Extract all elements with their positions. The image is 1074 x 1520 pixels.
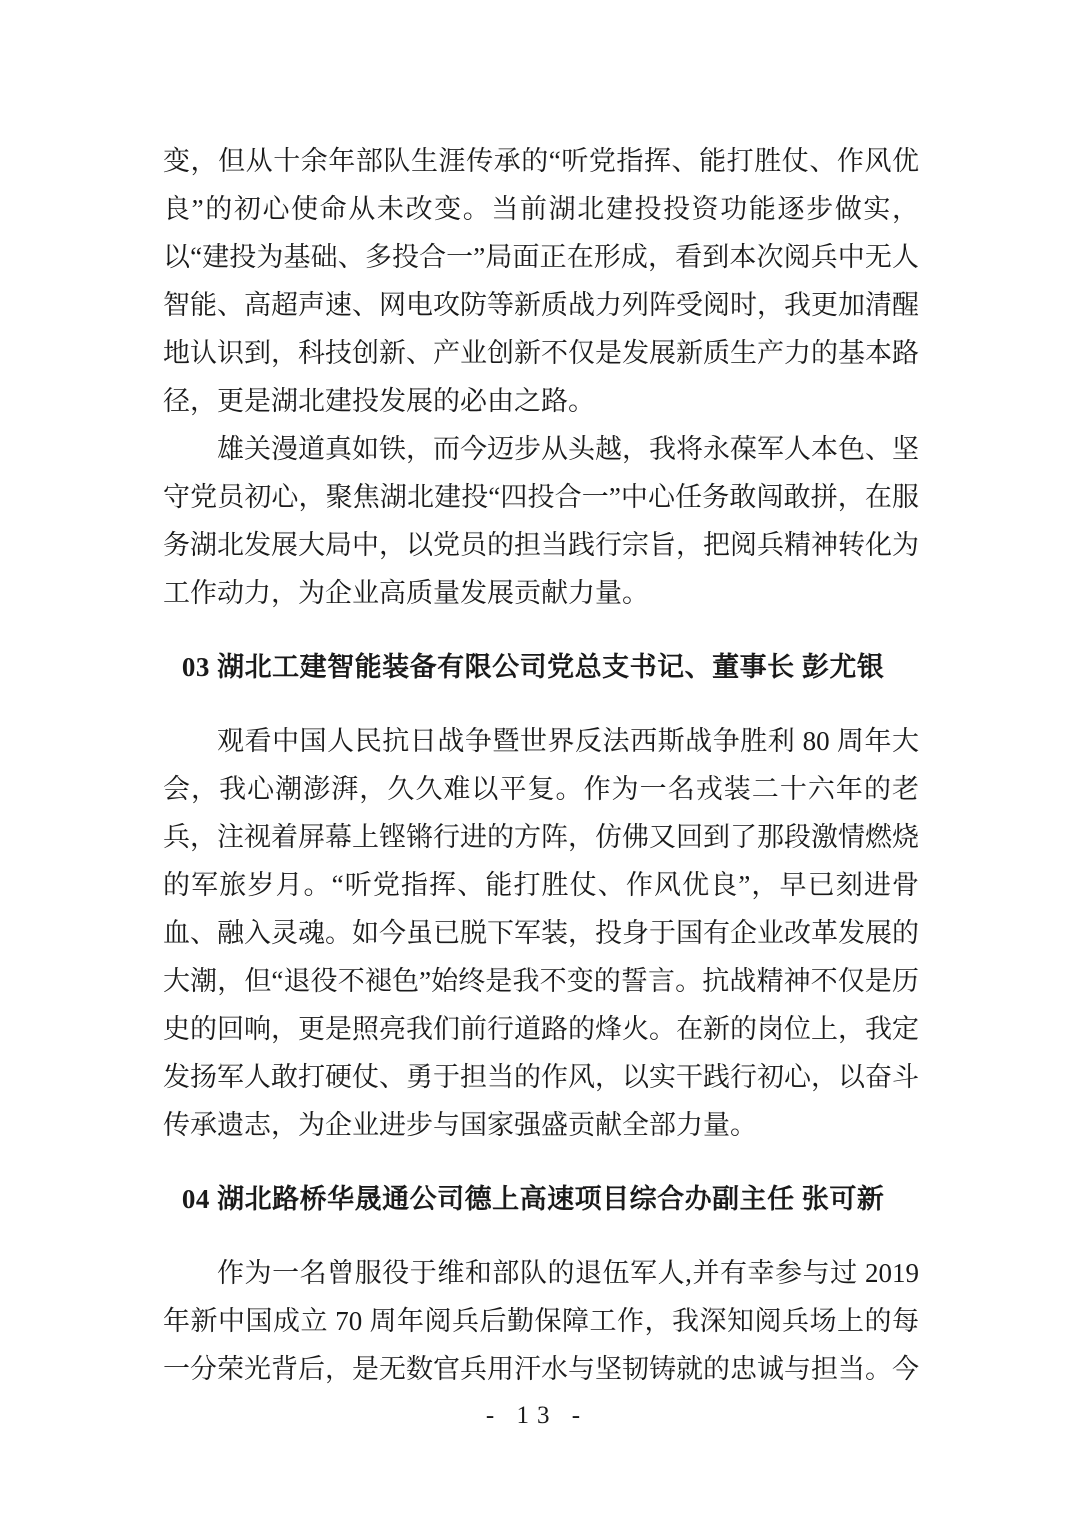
page-number: - 13 - [486, 1402, 588, 1429]
paragraph: 观看中国人民抗日战争暨世界反法西斯战争胜利 80 周年大会，我心潮澎湃，久久难以… [163, 717, 919, 1149]
section-heading-03: 03 湖北工建智能装备有限公司党总支书记、董事长 彭尤银 [163, 643, 919, 691]
section-heading-04: 04 湖北路桥华晟通公司德上高速项目综合办副主任 张可新 [163, 1175, 919, 1223]
paragraph: 作为一名曾服役于维和部队的退伍军人,并有幸参与过 2019 年新中国成立 70 … [163, 1249, 919, 1393]
paragraph-continuation: 变，但从十余年部队生涯传承的“听党指挥、能打胜仗、作风优良”的初心使命从未改变。… [163, 137, 919, 425]
document-body: 变，但从十余年部队生涯传承的“听党指挥、能打胜仗、作风优良”的初心使命从未改变。… [163, 137, 919, 1393]
page-footer: - 13 - [0, 1402, 1074, 1430]
paragraph: 雄关漫道真如铁，而今迈步从头越，我将永葆军人本色、坚守党员初心，聚焦湖北建投“四… [163, 425, 919, 617]
document-page: 变，但从十余年部队生涯传承的“听党指挥、能打胜仗、作风优良”的初心使命从未改变。… [0, 0, 1074, 1520]
